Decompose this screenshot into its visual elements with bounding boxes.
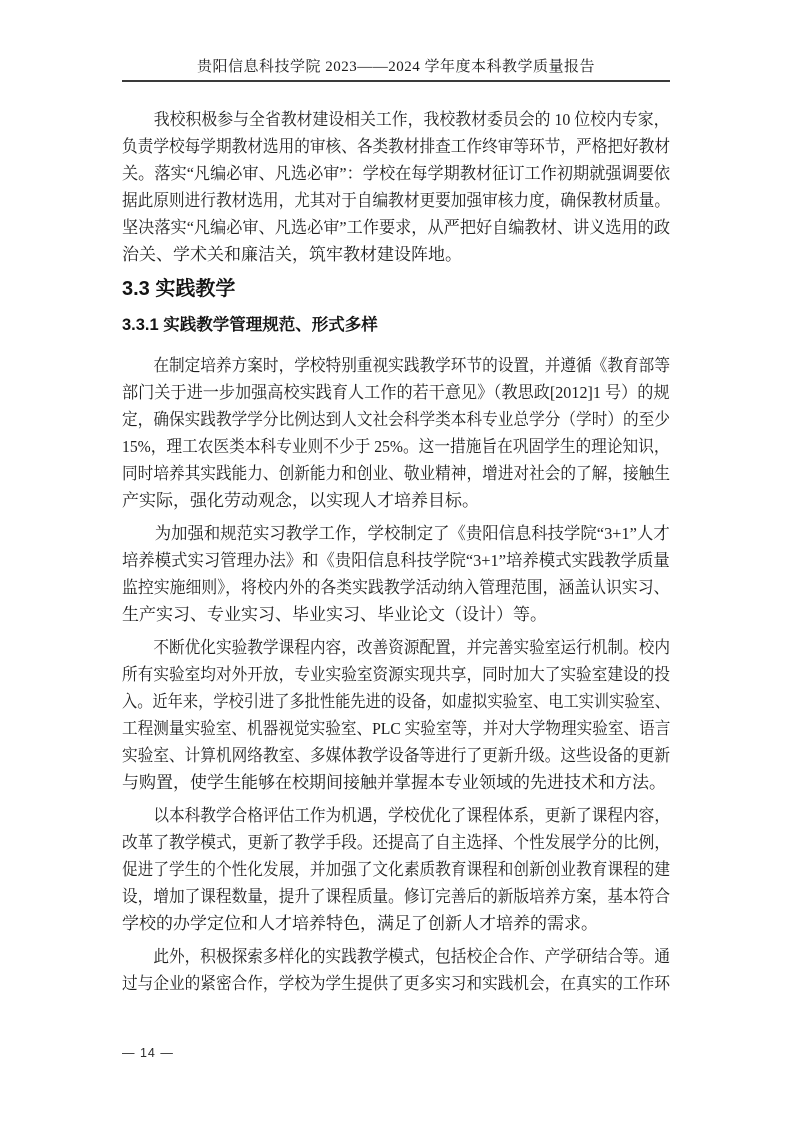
page-number: — 14 —	[122, 1046, 174, 1060]
document-body: 我校积极参与全省教材建设相关工作，我校教材委员会的 10 位校内专家，负责学校每…	[122, 106, 670, 1003]
text-line: 过与企业的紧密合作，学校为学生提供了更多实习和实践机会，在真实的工作环	[122, 970, 627, 997]
paragraph: 为加强和规范实习教学工作，学校制定了《贵阳信息科技学院“3+1”人才培养模式实习…	[122, 520, 670, 628]
text-line: 为加强和规范实习教学工作，学校制定了《贵阳信息科技学院“3+1”人才	[122, 520, 650, 547]
paragraph: 此外，积极探索多样化的实践教学模式，包括校企合作、产学研结合等。通过与企业的紧密…	[122, 943, 670, 997]
paragraph: 不断优化实验教学课程内容，改善资源配置，并完善实验室运行机制。校内所有实验室均对…	[122, 634, 670, 796]
paragraph: 我校积极参与全省教材建设相关工作，我校教材委员会的 10 位校内专家，负责学校每…	[122, 106, 670, 268]
header-rule	[122, 80, 670, 82]
text-line: 学校的办学定位和人才培养特色，满足了创新人才培养的需求。	[122, 910, 670, 937]
section-heading: 3.3 实践教学	[122, 274, 670, 304]
text-line: 部门关于进一步加强高校实践育人工作的若干意见》（教思政[2012]1 号）的规	[122, 379, 642, 406]
text-line: 在制定培养方案时，学校特别重视实践教学环节的设置，并遵循《教育部等	[122, 352, 627, 379]
page-header: 贵阳信息科技学院 2023——2024 学年度本科教学质量报告	[122, 58, 670, 82]
text-line: 促进了学生的个性化发展，并加强了文化素质教育课程和创新创业教育课程的建	[122, 856, 627, 883]
text-line: 设，增加了课程数量，提升了课程质量。修订完善后的新版培养方案，基本符合	[122, 883, 627, 910]
document-page: 贵阳信息科技学院 2023——2024 学年度本科教学质量报告 我校积极参与全省…	[0, 0, 793, 1122]
text-line: 以本科教学合格评估工作为机遇，学校优化了课程体系，更新了课程内容，	[122, 802, 627, 829]
text-line: 所有实验室均对外开放，专业实验室资源实现共享，同时加大了实验室建设的投	[122, 661, 627, 688]
text-line: 培养模式实习管理办法》和《贵阳信息科技学院“3+1”培养模式实践教学质量	[122, 547, 650, 574]
text-line: 实验室、计算机网络教室、多媒体教学设备等进行了更新升级。这些设备的更新	[122, 742, 627, 769]
page-footer: — 14 —	[122, 1044, 670, 1062]
text-line: 监控实施细则》，将校内外的各类实践教学活动纳入管理范围，涵盖认识实习、	[122, 574, 634, 601]
text-line: 同时培养其实践能力、创新能力和创业、敬业精神，增进对社会的了解，接触生	[122, 460, 627, 487]
text-line: 此外，积极探索多样化的实践教学模式，包括校企合作、产学研结合等。通	[122, 943, 627, 970]
text-line: 负责学校每学期教材选用的审核、各类教材排查工作终审等环节，严格把好教材	[122, 133, 627, 160]
text-line: 工程测量实验室、机器视觉实验室、PLC 实验室等，并对大学物理实验室、语言	[122, 715, 626, 742]
subsection-heading: 3.3.1 实践教学管理规范、形式多样	[122, 314, 670, 336]
text-line: 坚决落实“凡编必审、凡选必审”工作要求，从严把好自编教材、讲义选用的政	[122, 214, 643, 241]
text-line: 定，确保实践教学学分比例达到人文社会科学类本科专业总学分（学时）的至少	[122, 406, 627, 433]
text-line: 产实际，强化劳动观念，以实现人才培养目标。	[122, 487, 670, 514]
paragraph: 在制定培养方案时，学校特别重视实践教学环节的设置，并遵循《教育部等部门关于进一步…	[122, 352, 670, 514]
text-line: 关。落实“凡编必审、凡选必审”：学校在每学期教材征订工作初期就强调要依	[122, 160, 643, 187]
paragraph: 以本科教学合格评估工作为机遇，学校优化了课程体系，更新了课程内容，改革了教学模式…	[122, 802, 670, 937]
text-line: 不断优化实验教学课程内容，改善资源配置，并完善实验室运行机制。校内	[122, 634, 627, 661]
text-line: 我校积极参与全省教材建设相关工作，我校教材委员会的 10 位校内专家，	[122, 106, 634, 133]
text-line: 改革了教学模式，更新了教学手段。还提高了自主选择、个性发展学分的比例，	[122, 829, 627, 856]
text-line: 15%，理工农医类本科专业则不少于 25%。这一措施旨在巩固学生的理论知识，	[122, 433, 628, 460]
text-line: 据此原则进行教材选用，尤其对于自编教材更要加强审核力度，确保教材质量。	[122, 187, 627, 214]
text-line: 生产实习、专业实习、毕业实习、毕业论文（设计）等。	[122, 601, 670, 628]
text-line: 与购置，使学生能够在校期间接触并掌握本专业领域的先进技术和方法。	[122, 769, 670, 796]
text-line: 入。近年来，学校引进了多批性能先进的设备，如虚拟实验室、电工实训实验室、	[122, 688, 613, 715]
text-line: 治关、学术关和廉洁关，筑牢教材建设阵地。	[122, 241, 670, 268]
header-title: 贵阳信息科技学院 2023——2024 学年度本科教学质量报告	[122, 58, 670, 76]
